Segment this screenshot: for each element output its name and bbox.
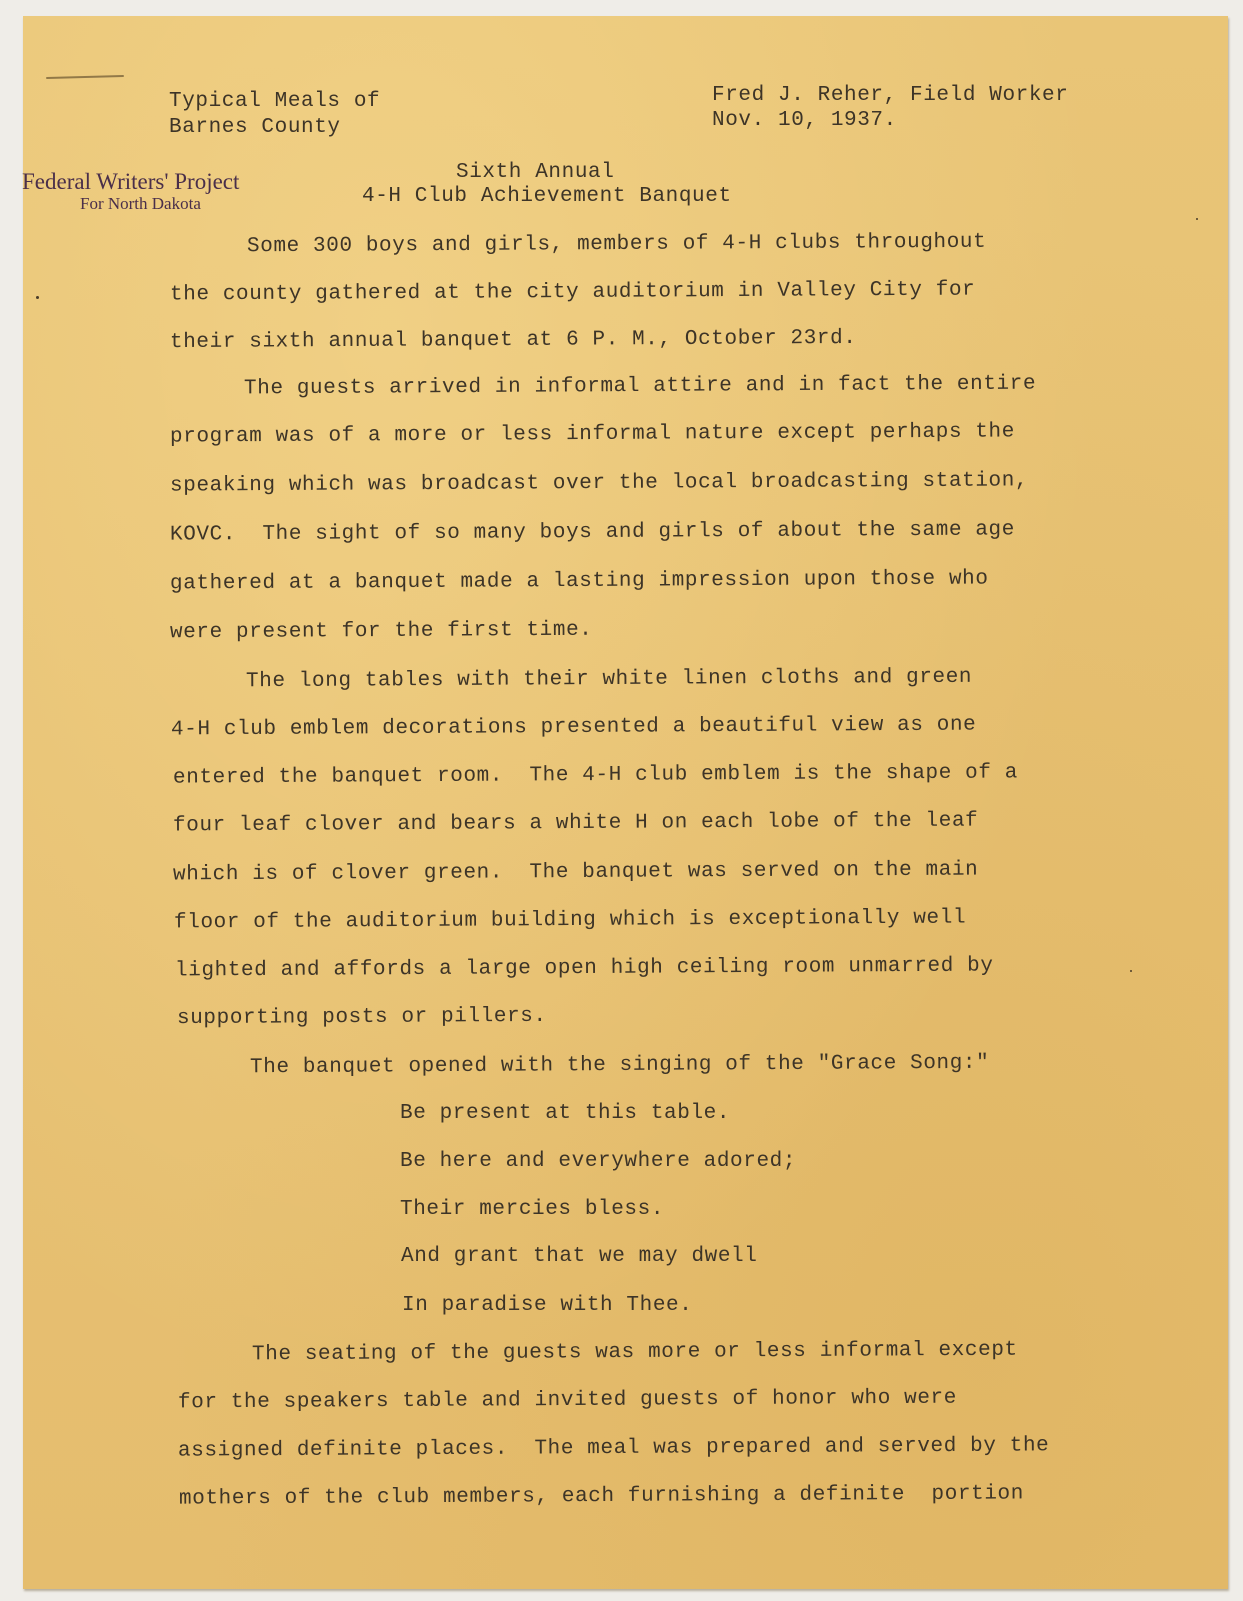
closing-line: for the speakers table and invited guest… (178, 1388, 957, 1414)
song-line: Be here and everywhere adored; (400, 1151, 796, 1172)
paper-speck (1130, 970, 1132, 972)
body-line: supporting posts or pillers. (177, 1006, 547, 1029)
body-line: 4-H club emblem decorations presented a … (171, 715, 976, 741)
closing-line: mothers of the club members, each furnis… (179, 1483, 1024, 1509)
header-right-author: Fred J. Reher, Field Worker (712, 85, 1068, 106)
document-title-line2: 4-H Club Achievement Banquet (362, 186, 732, 207)
body-line: KOVC. The sight of so many boys and girl… (170, 519, 1015, 545)
song-line: Be present at this table. (400, 1103, 730, 1124)
song-line: Their mercies bless. (400, 1199, 664, 1220)
body-line: speaking which was broadcast over the lo… (170, 470, 1028, 496)
paper-speck (1196, 218, 1198, 220)
song-line: And grant that we may dwell (401, 1246, 757, 1267)
header-right-date: Nov. 10, 1937. (712, 110, 897, 131)
body-line: lighted and affords a large open high ce… (175, 956, 994, 982)
body-line: floor of the auditorium building which i… (174, 908, 966, 934)
closing-line: assigned definite places. The meal was p… (178, 1435, 1049, 1461)
body-line: were present for the first time. (170, 620, 593, 644)
body-line: The long tables with their white linen c… (246, 667, 972, 692)
paper-speck (36, 296, 39, 299)
document-title-line1: Sixth Annual (456, 162, 614, 183)
header-left-line2: Barnes County (169, 117, 341, 138)
body-line: The banquet opened with the singing of t… (250, 1053, 989, 1079)
body-line: their sixth annual banquet at 6 P. M., O… (170, 328, 857, 353)
body-line: Some 300 boys and girls, members of 4-H … (247, 232, 986, 258)
header-left-line1: Typical Meals of (169, 91, 380, 112)
stamp-subtitle: For North Dakota (80, 195, 201, 212)
federal-writers-project-stamp: Federal Writers' Project (22, 170, 239, 193)
body-line: program was of a more or less informal n… (170, 421, 1015, 447)
body-line: The guests arrived in informal attire an… (244, 374, 1036, 400)
body-line: which is of clover green. The banquet wa… (173, 860, 978, 886)
body-line: four leaf clover and bears a white H on … (173, 811, 978, 837)
song-line: In paradise with Thee. (402, 1295, 692, 1316)
body-line: entered the banquet room. The 4-H club e… (173, 762, 1018, 788)
body-line: the county gathered at the city auditori… (170, 280, 975, 306)
body-line: gathered at a banquet made a lasting imp… (170, 569, 989, 595)
closing-line: The seating of the guests was more or le… (252, 1340, 1018, 1366)
